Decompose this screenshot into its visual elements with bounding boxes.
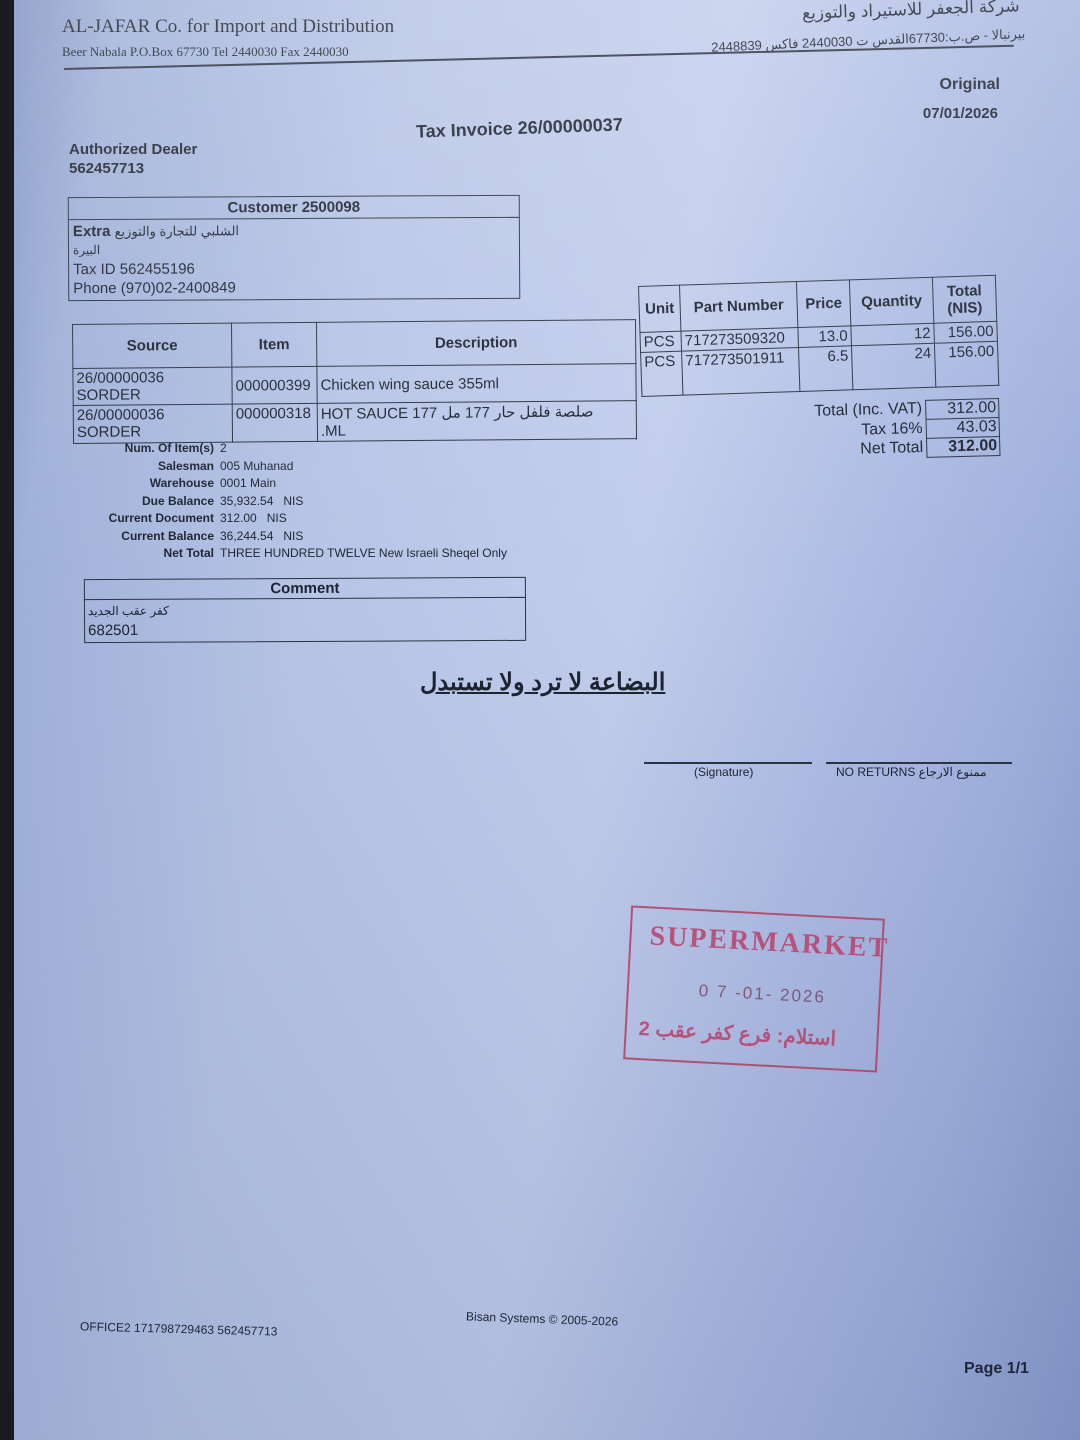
summary-row: Num. Of Item(s)2	[54, 440, 507, 458]
signature-label: (Signature)	[694, 765, 753, 779]
copy-label: Original	[940, 76, 1000, 94]
net-total-value: 312.00	[926, 437, 1000, 458]
col-item: Item	[231, 322, 316, 367]
row-unit: PCS	[640, 331, 682, 352]
row-total: 156.00	[934, 321, 998, 343]
invoice-title: Tax Invoice 26/00000037	[416, 114, 623, 142]
summary-label: Current Balance	[54, 528, 220, 546]
summary-row: Net TotalTHREE HUNDRED TWELVE New Israel…	[54, 545, 507, 563]
summary-label: Current Document	[54, 510, 220, 528]
summary-value: THREE HUNDRED TWELVE New Israeli Sheqel …	[220, 545, 507, 563]
summary-value: 35,932.54 NIS	[220, 493, 303, 511]
tax-value: 43.03	[925, 418, 999, 439]
summary-label: Num. Of Item(s)	[54, 440, 220, 458]
items-table-right: Unit Part Number Price Quantity Total (N…	[638, 275, 999, 397]
col-source: Source	[73, 323, 232, 368]
company-name-en: AL-JAFAR Co. for Import and Distribution	[62, 16, 394, 38]
summary-label: Warehouse	[54, 475, 220, 493]
signature-line	[644, 762, 812, 764]
customer-tax-id: Tax ID 562455196	[73, 258, 515, 279]
summary-value: 0001 Main	[220, 475, 276, 493]
row-item: 000000399	[232, 366, 317, 404]
customer-header: Customer 2500098	[69, 196, 519, 220]
col-part-number: Part Number	[679, 282, 797, 332]
summary-row: Due Balance35,932.54 NIS	[54, 493, 507, 511]
summary-block: Num. Of Item(s)2 Salesman005 Muhanad War…	[54, 440, 507, 563]
summary-value: 005 Muhanad	[220, 458, 293, 476]
net-total-label: Net Total	[860, 439, 926, 460]
comment-header: Comment	[85, 578, 525, 600]
no-returns-line	[826, 762, 1012, 764]
summary-label: Net Total	[54, 545, 220, 563]
row-description: HOT SAUCE 177 صلصة فلفل حار 177 مل .ML	[317, 401, 636, 442]
row-total: 156.00	[934, 341, 998, 387]
dealer-number: 562457713	[69, 159, 197, 178]
total-inc-vat-value: 312.00	[925, 398, 999, 420]
comment-line2: 682501	[88, 619, 522, 640]
customer-phone: Phone (970)02-2400849	[73, 277, 515, 298]
summary-value: 2	[220, 440, 227, 458]
invoice-paper: AL-JAFAR Co. for Import and Distribution…	[14, 0, 1080, 1440]
summary-value: 36,244.54 NIS	[220, 528, 303, 546]
row-price: 13.0	[798, 326, 852, 348]
row-description-line2: .ML	[321, 420, 633, 440]
customer-box: Customer 2500098 Extra الشلبي للتجارة وا…	[68, 195, 521, 301]
dealer-label: Authorized Dealer	[69, 140, 197, 159]
comment-box: Comment كفر عقب الجديد 682501	[84, 577, 526, 643]
authorized-dealer: Authorized Dealer 562457713	[69, 140, 197, 178]
row-description-line1: HOT SAUCE 177 صلصة فلفل حار 177 مل	[321, 402, 633, 423]
summary-label: Due Balance	[54, 493, 220, 511]
customer-name-ar: الشلبي للتجارة والتوزيع	[115, 223, 239, 239]
summary-row: Salesman005 Muhanad	[54, 458, 507, 476]
footer-office-code: OFFICE2 171798729463 562457713	[80, 1319, 278, 1338]
company-name-ar: شركة الجعفر للاستيراد والتوزيع	[802, 0, 1020, 24]
summary-row: Warehouse0001 Main	[54, 475, 507, 493]
row-unit: PCS	[641, 351, 683, 396]
received-stamp: SUPERMARKET 0 7 -01- 2026 استلام: فرع كف…	[623, 905, 885, 1072]
summary-row: Current Document312.00 NIS	[54, 510, 507, 528]
footer-copyright: Bisan Systems © 2005-2026	[466, 1309, 619, 1328]
row-quantity: 12	[851, 323, 935, 346]
comment-line1: كفر عقب الجديد	[88, 600, 522, 621]
col-quantity: Quantity	[849, 277, 933, 326]
row-quantity: 24	[851, 343, 935, 390]
tax-label: Tax 16%	[861, 420, 926, 441]
table-row: 26/00000036 SORDER 000000318 HOT SAUCE 1…	[73, 401, 636, 444]
col-description: Description	[316, 320, 635, 367]
col-total: Total (NIS)	[932, 275, 996, 323]
customer-name: Extra الشلبي للتجارة والتوزيع	[73, 220, 515, 241]
no-return-notice: البضاعة لا ترد ولا تستبدل	[420, 668, 665, 697]
summary-row: Current Balance36,244.54 NIS	[54, 528, 507, 546]
no-returns-label: NO RETURNS ممنوع الارجاع	[836, 765, 987, 779]
totals-block: Total (Inc. VAT) 312.00 Tax 16% 43.03 Ne…	[814, 398, 1000, 461]
customer-city: البيرة	[73, 239, 515, 260]
table-row: 26/00000036 SORDER 000000399 Chicken win…	[73, 364, 636, 406]
company-address-en: Beer Nabala P.O.Box 67730 Tel 2440030 Fa…	[62, 44, 349, 60]
row-source: 26/00000036 SORDER	[73, 367, 232, 405]
row-price: 6.5	[799, 346, 853, 392]
row-item: 000000318	[232, 403, 317, 442]
invoice-date: 07/01/2026	[923, 105, 998, 122]
col-unit: Unit	[639, 285, 681, 332]
row-part-number: 717273501911	[682, 347, 800, 395]
summary-label: Salesman	[54, 458, 220, 476]
stamp-date: 0 7 -01- 2026	[698, 981, 826, 1008]
items-table-left: Source Item Description 26/00000036 SORD…	[72, 319, 637, 444]
customer-name-en: Extra	[73, 223, 111, 240]
stamp-top-text: SUPERMARKET	[649, 920, 890, 965]
summary-value: 312.00 NIS	[220, 510, 287, 528]
row-source: 26/00000036 SORDER	[73, 404, 232, 443]
page-number: Page 1/1	[964, 1360, 1029, 1378]
stamp-bottom-text: استلام: فرع كفر عقب 2	[638, 1016, 837, 1051]
col-price: Price	[796, 280, 850, 328]
row-description: Chicken wing sauce 355ml	[317, 364, 636, 404]
